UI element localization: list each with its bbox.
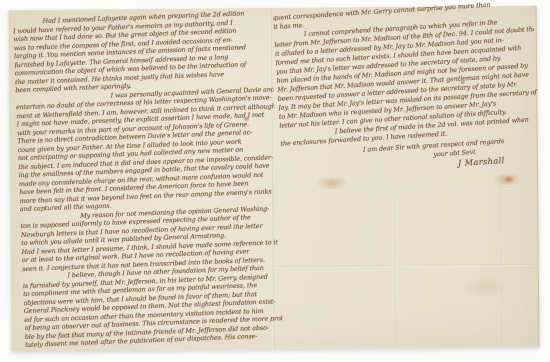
vertical-fold-crease [498, 181, 501, 346]
horizontal-fold-crease [273, 264, 536, 268]
stain [493, 173, 521, 186]
vertical-fold-crease [392, 189, 395, 347]
manuscript-right-lines: quent correspondence with Mr. Gerry cann… [273, 0, 541, 149]
stain [504, 176, 514, 183]
stain [316, 175, 348, 190]
stain [463, 276, 509, 298]
manuscript-sheet: Had I mentioned Lafayette again when pre… [9, 6, 540, 352]
manuscript-page-right: quent correspondence with Mr. Gerry cann… [273, 0, 543, 179]
manuscript-page-left: Had I mentioned Lafayette again when pre… [13, 8, 284, 349]
